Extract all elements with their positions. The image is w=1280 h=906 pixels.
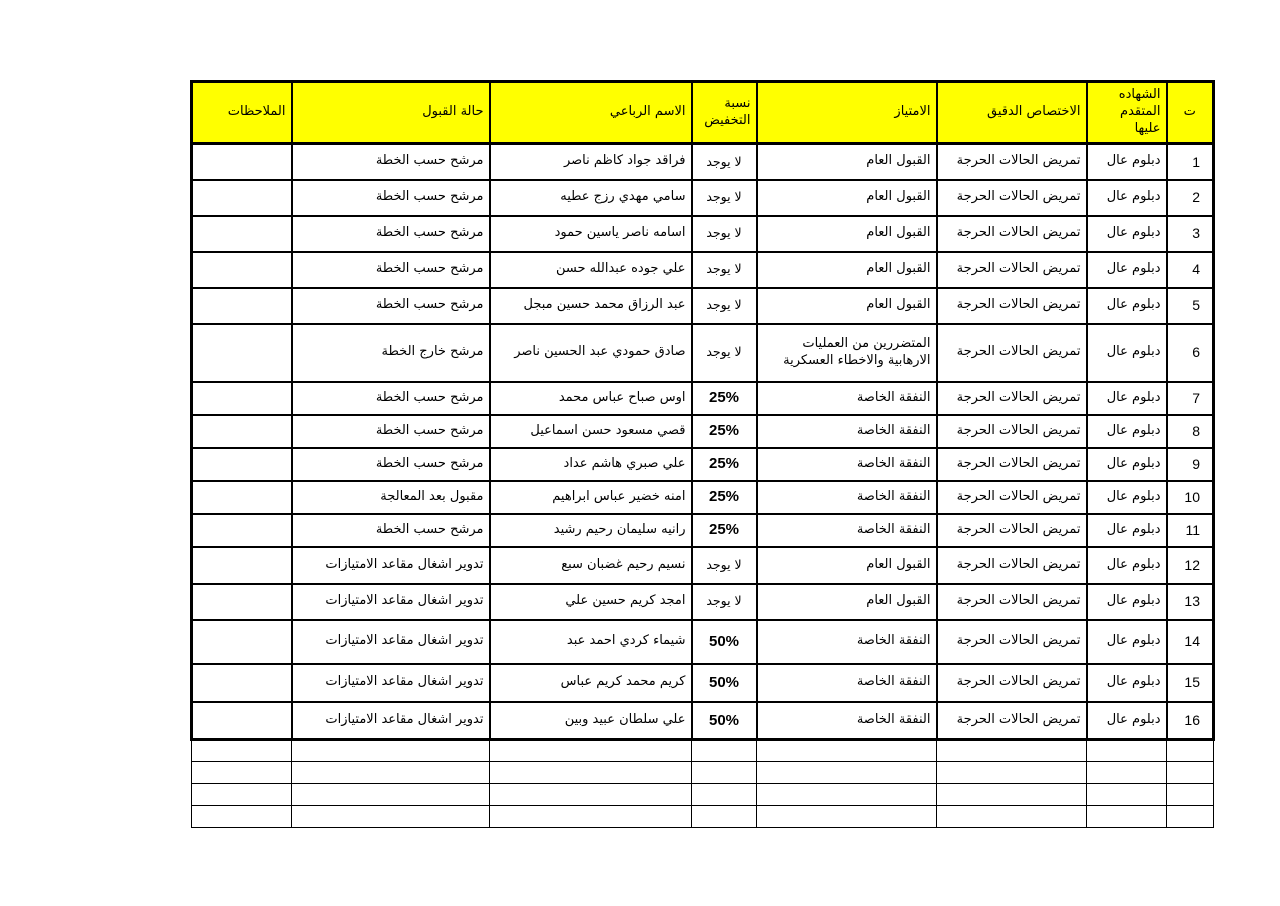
cell-certificate: دبلوم عال [1087, 584, 1167, 620]
cell-no: 6 [1167, 324, 1214, 382]
cell-certificate: دبلوم عال [1087, 481, 1167, 514]
cell-privilege: القبول العام [757, 584, 937, 620]
table-body: 1دبلوم عالتمريض الحالات الحرجةالقبول الع… [192, 144, 1214, 740]
cell-privilege: النفقة الخاصة [757, 382, 937, 415]
table-row: 2دبلوم عالتمريض الحالات الحرجةالقبول الع… [192, 180, 1214, 216]
cell-acceptance: تدوير اشغال مقاعد الامتيازات [292, 584, 490, 620]
table-row: 5دبلوم عالتمريض الحالات الحرجةالقبول الع… [192, 288, 1214, 324]
table-row: 12دبلوم عالتمريض الحالات الحرجةالقبول ال… [192, 547, 1214, 584]
cell-privilege: النفقة الخاصة [757, 448, 937, 481]
empty-cell [1167, 784, 1214, 806]
cell-name: كريم محمد كريم عباس [490, 664, 692, 702]
cell-specialization: تمريض الحالات الحرجة [937, 620, 1087, 664]
empty-cell [692, 762, 757, 784]
table-row: 4دبلوم عالتمريض الحالات الحرجةالقبول الع… [192, 252, 1214, 288]
table-row: 9دبلوم عالتمريض الحالات الحرجةالنفقة الخ… [192, 448, 1214, 481]
cell-specialization: تمريض الحالات الحرجة [937, 664, 1087, 702]
empty-cell [937, 740, 1087, 762]
empty-cell [1167, 806, 1214, 828]
empty-row [192, 762, 1214, 784]
empty-cell [490, 784, 692, 806]
col-header-name: الاسم الرباعي [490, 82, 692, 144]
cell-privilege: القبول العام [757, 216, 937, 252]
cell-name: علي جوده عبدالله حسن [490, 252, 692, 288]
cell-certificate: دبلوم عال [1087, 664, 1167, 702]
cell-discount: 25% [692, 448, 757, 481]
table-row: 11دبلوم عالتمريض الحالات الحرجةالنفقة ال… [192, 514, 1214, 547]
cell-no: 15 [1167, 664, 1214, 702]
cell-notes [192, 620, 292, 664]
cell-specialization: تمريض الحالات الحرجة [937, 216, 1087, 252]
cell-specialization: تمريض الحالات الحرجة [937, 415, 1087, 448]
cell-notes [192, 702, 292, 740]
cell-no: 16 [1167, 702, 1214, 740]
cell-privilege: النفقة الخاصة [757, 415, 937, 448]
empty-cell [292, 806, 490, 828]
cell-privilege: القبول العام [757, 252, 937, 288]
empty-cell [692, 784, 757, 806]
empty-cell [1167, 762, 1214, 784]
cell-discount: لا يوجد [692, 324, 757, 382]
cell-notes [192, 144, 292, 180]
cell-discount: لا يوجد [692, 547, 757, 584]
empty-cell [1087, 762, 1167, 784]
empty-cell [192, 806, 292, 828]
cell-no: 5 [1167, 288, 1214, 324]
cell-privilege: النفقة الخاصة [757, 664, 937, 702]
cell-discount: 25% [692, 514, 757, 547]
cell-privilege: النفقة الخاصة [757, 481, 937, 514]
empty-cell [937, 806, 1087, 828]
cell-discount: لا يوجد [692, 288, 757, 324]
cell-no: 12 [1167, 547, 1214, 584]
col-header-privilege: الامتياز [757, 82, 937, 144]
cell-name: رانيه سليمان رحيم رشيد [490, 514, 692, 547]
cell-certificate: دبلوم عال [1087, 415, 1167, 448]
cell-acceptance: تدوير اشغال مقاعد الامتيازات [292, 547, 490, 584]
cell-acceptance: مرشح حسب الخطة [292, 514, 490, 547]
empty-cell [757, 784, 937, 806]
cell-certificate: دبلوم عال [1087, 547, 1167, 584]
table-row: 6دبلوم عالتمريض الحالات الحرجةالمتضررين … [192, 324, 1214, 382]
cell-specialization: تمريض الحالات الحرجة [937, 180, 1087, 216]
empty-cell [490, 806, 692, 828]
cell-name: اوس صباح عباس محمد [490, 382, 692, 415]
cell-notes [192, 415, 292, 448]
cell-specialization: تمريض الحالات الحرجة [937, 324, 1087, 382]
cell-notes [192, 180, 292, 216]
empty-cell [192, 784, 292, 806]
empty-row [192, 740, 1214, 762]
empty-cell [490, 762, 692, 784]
empty-cell [757, 740, 937, 762]
cell-privilege: النفقة الخاصة [757, 514, 937, 547]
cell-name: شيماء كردي احمد عبد [490, 620, 692, 664]
table-header: ت الشهاده المتقدم عليها الاختصاص الدقيق … [192, 82, 1214, 144]
cell-name: عبد الرزاق محمد حسين مبجل [490, 288, 692, 324]
cell-certificate: دبلوم عال [1087, 288, 1167, 324]
cell-no: 4 [1167, 252, 1214, 288]
cell-acceptance: مرشح خارج الخطة [292, 324, 490, 382]
empty-cell [490, 740, 692, 762]
col-header-certificate: الشهاده المتقدم عليها [1087, 82, 1167, 144]
cell-specialization: تمريض الحالات الحرجة [937, 144, 1087, 180]
cell-name: امنه خضير عباس ابراهيم [490, 481, 692, 514]
empty-cell [1167, 740, 1214, 762]
cell-no: 7 [1167, 382, 1214, 415]
cell-notes [192, 514, 292, 547]
cell-discount: 25% [692, 382, 757, 415]
cell-privilege: القبول العام [757, 144, 937, 180]
table-row: 13دبلوم عالتمريض الحالات الحرجةالقبول ال… [192, 584, 1214, 620]
cell-certificate: دبلوم عال [1087, 252, 1167, 288]
empty-cell [1087, 806, 1167, 828]
cell-name: علي صبري هاشم عداد [490, 448, 692, 481]
cell-specialization: تمريض الحالات الحرجة [937, 288, 1087, 324]
empty-cell [692, 740, 757, 762]
cell-discount: 25% [692, 415, 757, 448]
cell-notes [192, 252, 292, 288]
cell-specialization: تمريض الحالات الحرجة [937, 252, 1087, 288]
cell-discount: لا يوجد [692, 216, 757, 252]
cell-certificate: دبلوم عال [1087, 144, 1167, 180]
col-header-acceptance: حالة القبول [292, 82, 490, 144]
cell-discount: 50% [692, 664, 757, 702]
cell-specialization: تمريض الحالات الحرجة [937, 382, 1087, 415]
cell-notes [192, 288, 292, 324]
empty-cell [292, 762, 490, 784]
cell-acceptance: مرشح حسب الخطة [292, 144, 490, 180]
cell-specialization: تمريض الحالات الحرجة [937, 547, 1087, 584]
cell-acceptance: تدوير اشغال مقاعد الامتيازات [292, 620, 490, 664]
col-header-discount: نسبة التخفيض [692, 82, 757, 144]
empty-cell [292, 740, 490, 762]
cell-notes [192, 324, 292, 382]
col-header-notes: الملاحظات [192, 82, 292, 144]
cell-name: امجد كريم حسين علي [490, 584, 692, 620]
table-row: 15دبلوم عالتمريض الحالات الحرجةالنفقة ال… [192, 664, 1214, 702]
cell-certificate: دبلوم عال [1087, 216, 1167, 252]
cell-acceptance: مرشح حسب الخطة [292, 288, 490, 324]
cell-no: 11 [1167, 514, 1214, 547]
cell-name: نسيم رحيم غضبان سبع [490, 547, 692, 584]
empty-cell [692, 806, 757, 828]
cell-name: اسامه ناصر ياسين حمود [490, 216, 692, 252]
cell-privilege: القبول العام [757, 547, 937, 584]
cell-no: 13 [1167, 584, 1214, 620]
table-row: 8دبلوم عالتمريض الحالات الحرجةالنفقة الخ… [192, 415, 1214, 448]
cell-notes [192, 216, 292, 252]
cell-privilege: القبول العام [757, 288, 937, 324]
cell-no: 10 [1167, 481, 1214, 514]
cell-notes [192, 481, 292, 514]
cell-certificate: دبلوم عال [1087, 702, 1167, 740]
cell-certificate: دبلوم عال [1087, 448, 1167, 481]
cell-discount: لا يوجد [692, 584, 757, 620]
applicants-table: ت الشهاده المتقدم عليها الاختصاص الدقيق … [190, 80, 1215, 828]
empty-cell [1087, 740, 1167, 762]
table-row: 16دبلوم عالتمريض الحالات الحرجةالنفقة ال… [192, 702, 1214, 740]
cell-specialization: تمريض الحالات الحرجة [937, 584, 1087, 620]
cell-certificate: دبلوم عال [1087, 180, 1167, 216]
empty-cell [192, 740, 292, 762]
cell-notes [192, 382, 292, 415]
empty-cell [937, 762, 1087, 784]
empty-cell [757, 806, 937, 828]
cell-no: 9 [1167, 448, 1214, 481]
table-row: 7دبلوم عالتمريض الحالات الحرجةالنفقة الخ… [192, 382, 1214, 415]
cell-acceptance: مقبول بعد المعالجة [292, 481, 490, 514]
cell-discount: 50% [692, 620, 757, 664]
empty-cell [292, 784, 490, 806]
cell-no: 1 [1167, 144, 1214, 180]
cell-specialization: تمريض الحالات الحرجة [937, 702, 1087, 740]
cell-no: 2 [1167, 180, 1214, 216]
cell-notes [192, 448, 292, 481]
cell-acceptance: مرشح حسب الخطة [292, 415, 490, 448]
cell-name: قصي مسعود حسن اسماعيل [490, 415, 692, 448]
cell-notes [192, 547, 292, 584]
empty-rows-section [192, 740, 1214, 828]
header-row: ت الشهاده المتقدم عليها الاختصاص الدقيق … [192, 82, 1214, 144]
cell-name: فراقد جواد كاظم ناصر [490, 144, 692, 180]
cell-name: صادق حمودي عبد الحسين ناصر [490, 324, 692, 382]
cell-specialization: تمريض الحالات الحرجة [937, 481, 1087, 514]
cell-notes [192, 664, 292, 702]
cell-no: 14 [1167, 620, 1214, 664]
table-row: 1دبلوم عالتمريض الحالات الحرجةالقبول الع… [192, 144, 1214, 180]
cell-certificate: دبلوم عال [1087, 324, 1167, 382]
cell-discount: لا يوجد [692, 252, 757, 288]
cell-acceptance: مرشح حسب الخطة [292, 216, 490, 252]
cell-discount: 25% [692, 481, 757, 514]
cell-acceptance: تدوير اشغال مقاعد الامتيازات [292, 664, 490, 702]
cell-no: 3 [1167, 216, 1214, 252]
table-row: 14دبلوم عالتمريض الحالات الحرجةالنفقة ال… [192, 620, 1214, 664]
cell-no: 8 [1167, 415, 1214, 448]
cell-acceptance: مرشح حسب الخطة [292, 180, 490, 216]
cell-privilege: النفقة الخاصة [757, 702, 937, 740]
table-row: 10دبلوم عالتمريض الحالات الحرجةالنفقة ال… [192, 481, 1214, 514]
cell-privilege: النفقة الخاصة [757, 620, 937, 664]
empty-cell [937, 784, 1087, 806]
cell-privilege: المتضررين من العمليات الارهابية والاخطاء… [757, 324, 937, 382]
cell-name: علي سلطان عبيد وبين [490, 702, 692, 740]
col-header-specialization: الاختصاص الدقيق [937, 82, 1087, 144]
cell-specialization: تمريض الحالات الحرجة [937, 448, 1087, 481]
cell-certificate: دبلوم عال [1087, 382, 1167, 415]
cell-notes [192, 584, 292, 620]
cell-acceptance: مرشح حسب الخطة [292, 382, 490, 415]
cell-certificate: دبلوم عال [1087, 514, 1167, 547]
cell-acceptance: تدوير اشغال مقاعد الامتيازات [292, 702, 490, 740]
empty-cell [1087, 784, 1167, 806]
cell-privilege: القبول العام [757, 180, 937, 216]
cell-discount: لا يوجد [692, 180, 757, 216]
cell-discount: 50% [692, 702, 757, 740]
cell-discount: لا يوجد [692, 144, 757, 180]
cell-specialization: تمريض الحالات الحرجة [937, 514, 1087, 547]
empty-row [192, 784, 1214, 806]
cell-acceptance: مرشح حسب الخطة [292, 448, 490, 481]
cell-certificate: دبلوم عال [1087, 620, 1167, 664]
col-header-no: ت [1167, 82, 1214, 144]
empty-cell [757, 762, 937, 784]
empty-row [192, 806, 1214, 828]
cell-name: سامي مهدي رزج عطيه [490, 180, 692, 216]
cell-acceptance: مرشح حسب الخطة [292, 252, 490, 288]
table-row: 3دبلوم عالتمريض الحالات الحرجةالقبول الع… [192, 216, 1214, 252]
empty-cell [192, 762, 292, 784]
